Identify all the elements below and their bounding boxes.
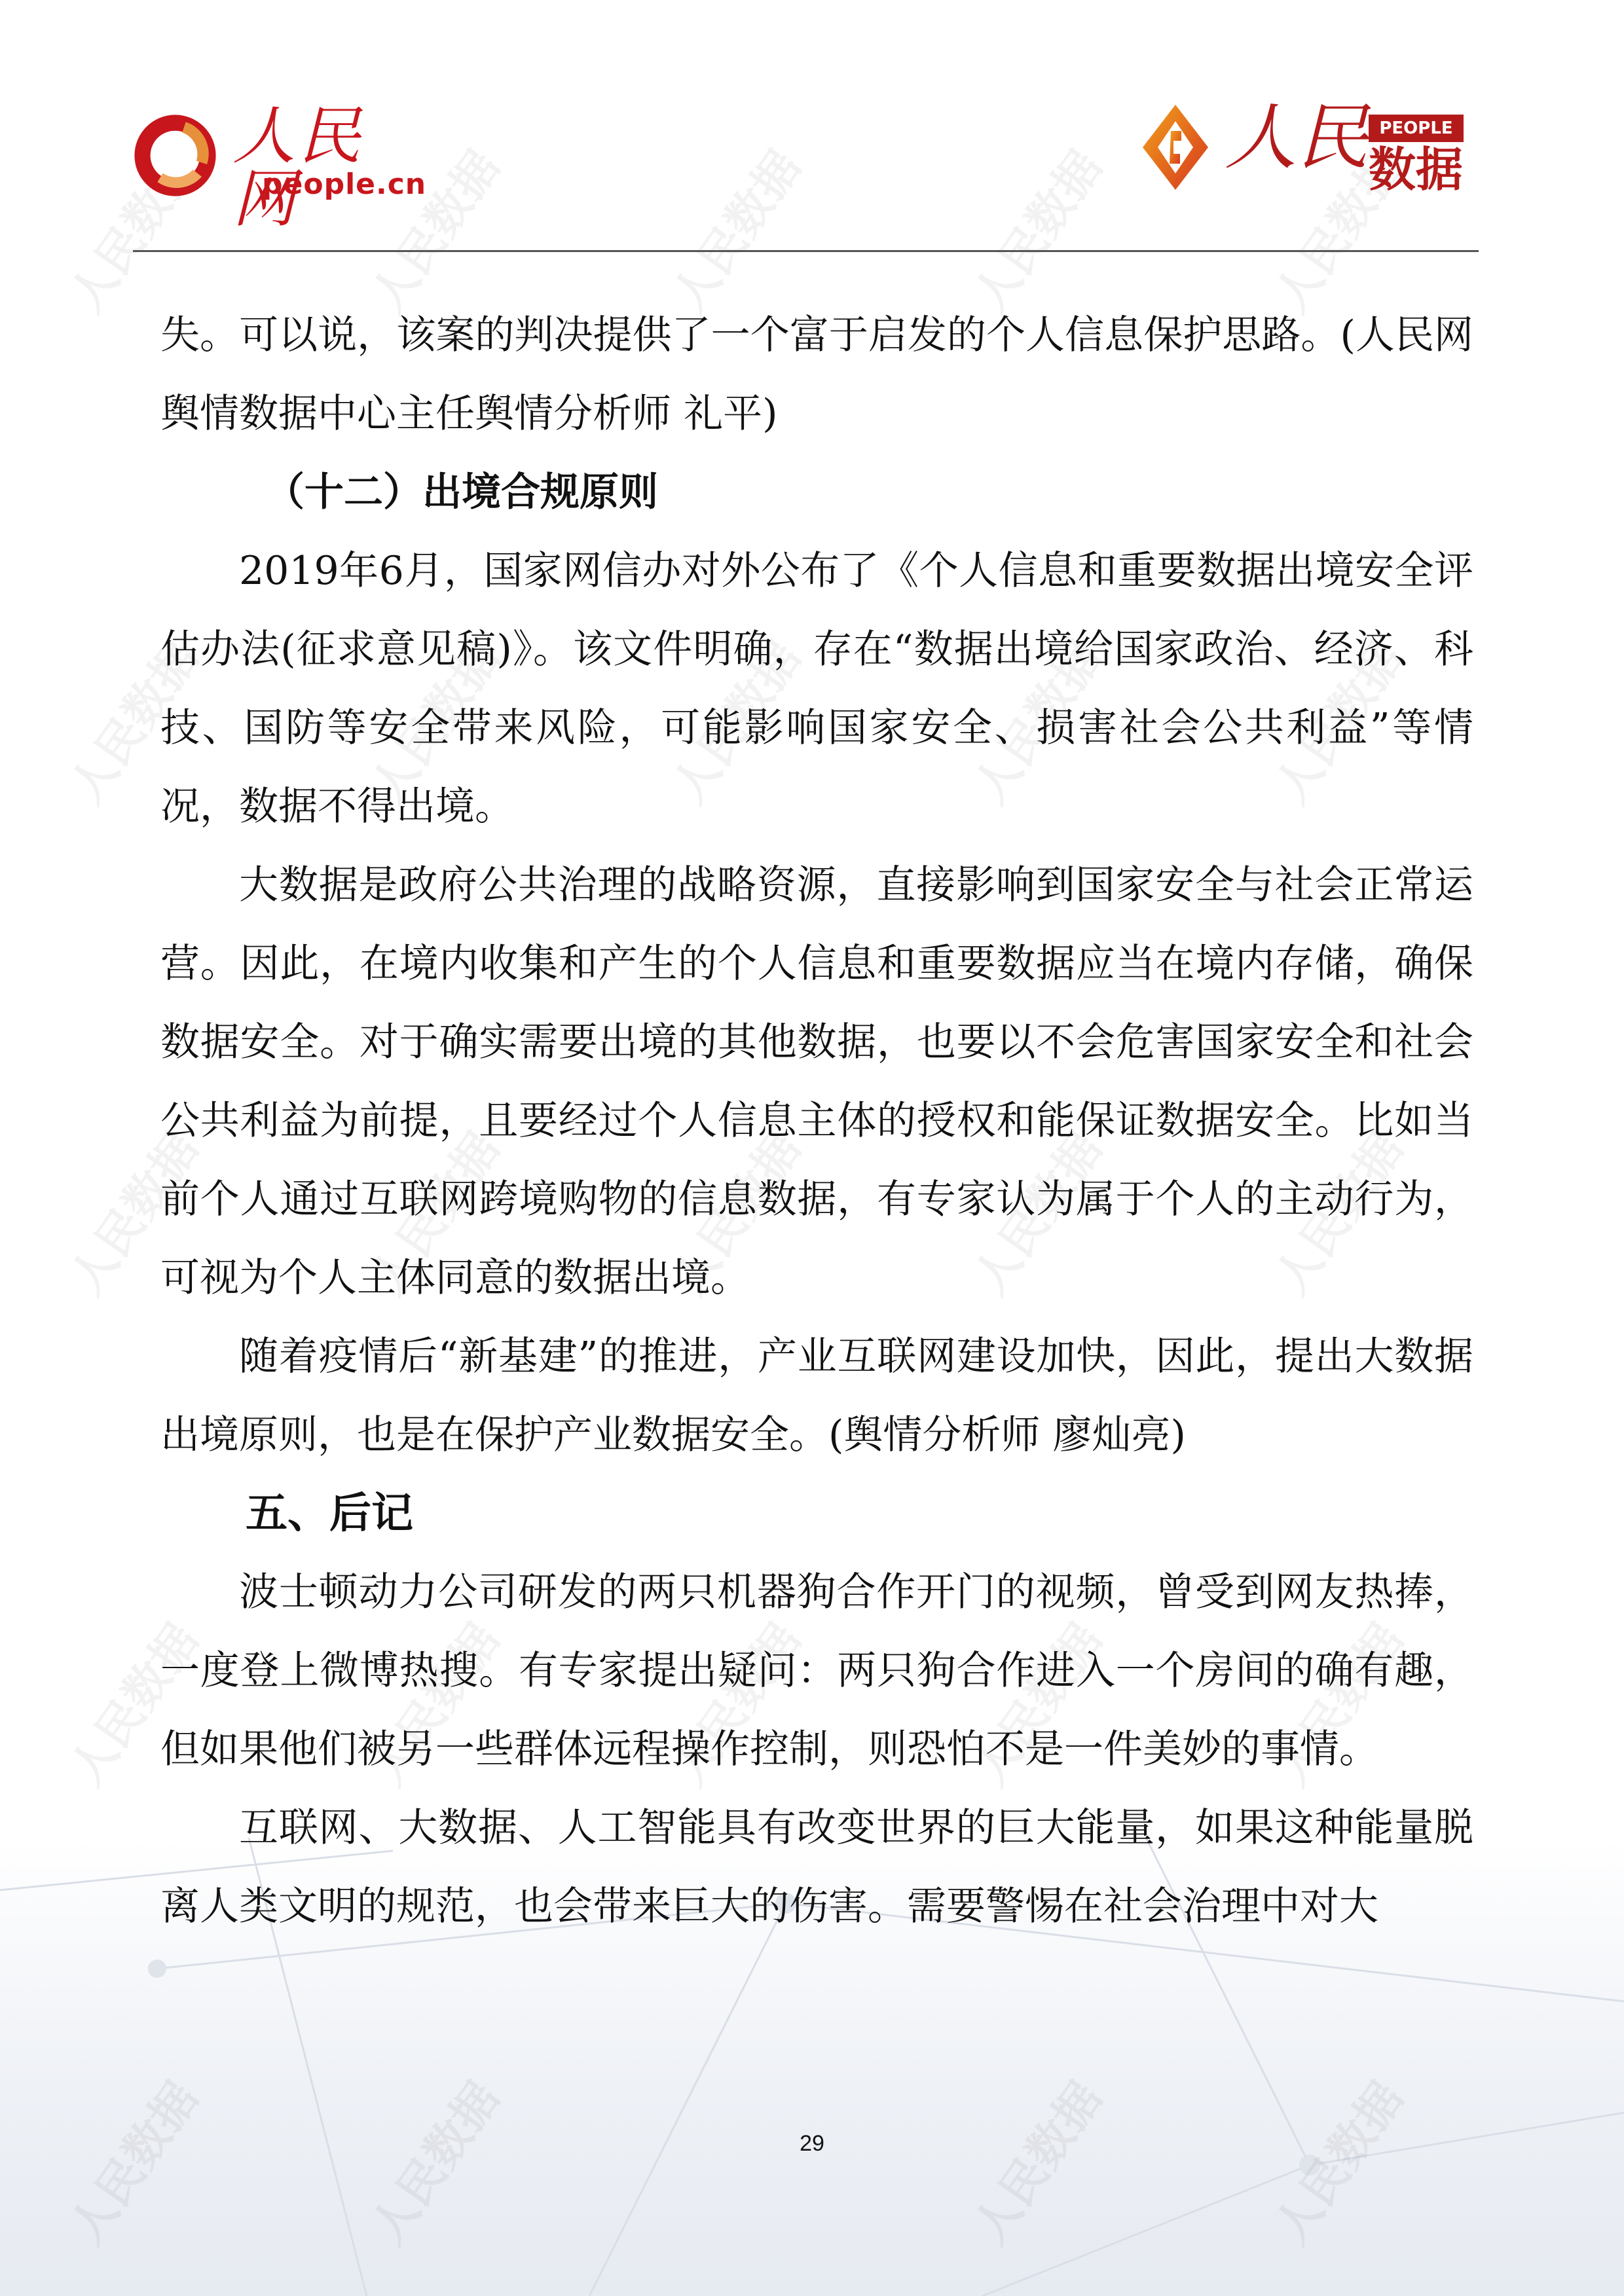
people-data-suffix: 数据 xyxy=(1369,146,1463,193)
section-5-heading: 五、后记 xyxy=(160,1474,1473,1553)
page-header: 人民网 people.cn 人民 PEOPLE DATA 数据 xyxy=(0,0,1624,262)
body-paragraph: 随着疫情后“新基建”的推进，产业互联网建设加快，因此，提出大数据出境原则，也是在… xyxy=(160,1317,1473,1474)
people-data-badge: PEOPLE DATA xyxy=(1369,115,1464,142)
people-globe-icon xyxy=(131,111,219,200)
page-number: 29 xyxy=(0,2131,1624,2157)
people-data-cn-name: 人民 xyxy=(1225,101,1369,173)
people-cn-domain: people.cn xyxy=(262,170,426,199)
people-data-diamond-icon xyxy=(1139,101,1211,193)
section-12-heading: （十二）出境合规原则 xyxy=(160,453,1473,532)
people-cn-logo[interactable]: 人民网 people.cn xyxy=(131,92,413,196)
body-paragraph: 2019年6月，国家网信办对外公布了《个人信息和重要数据出境安全评估办法(征求意… xyxy=(160,532,1473,846)
carryover-paragraph: 失。可以说，该案的判决提供了一个富于启发的个人信息保护思路。(人民网舆情数据中心… xyxy=(160,296,1473,453)
header-divider xyxy=(133,250,1479,252)
document-body: 失。可以说，该案的判决提供了一个富于启发的个人信息保护思路。(人民网舆情数据中心… xyxy=(160,296,1473,1946)
body-paragraph: 互联网、大数据、人工智能具有改变世界的巨大能量，如果这种能量脱离人类文明的规范，… xyxy=(160,1789,1473,1946)
body-paragraph: 大数据是政府公共治理的战略资源，直接影响到国家安全与社会正常运营。因此，在境内收… xyxy=(160,846,1473,1317)
body-paragraph: 波士顿动力公司研发的两只机器狗合作开门的视频，曾受到网友热捧，一度登上微博热搜。… xyxy=(160,1553,1473,1789)
people-data-logo[interactable]: 人民 PEOPLE DATA 数据 xyxy=(1139,88,1506,200)
